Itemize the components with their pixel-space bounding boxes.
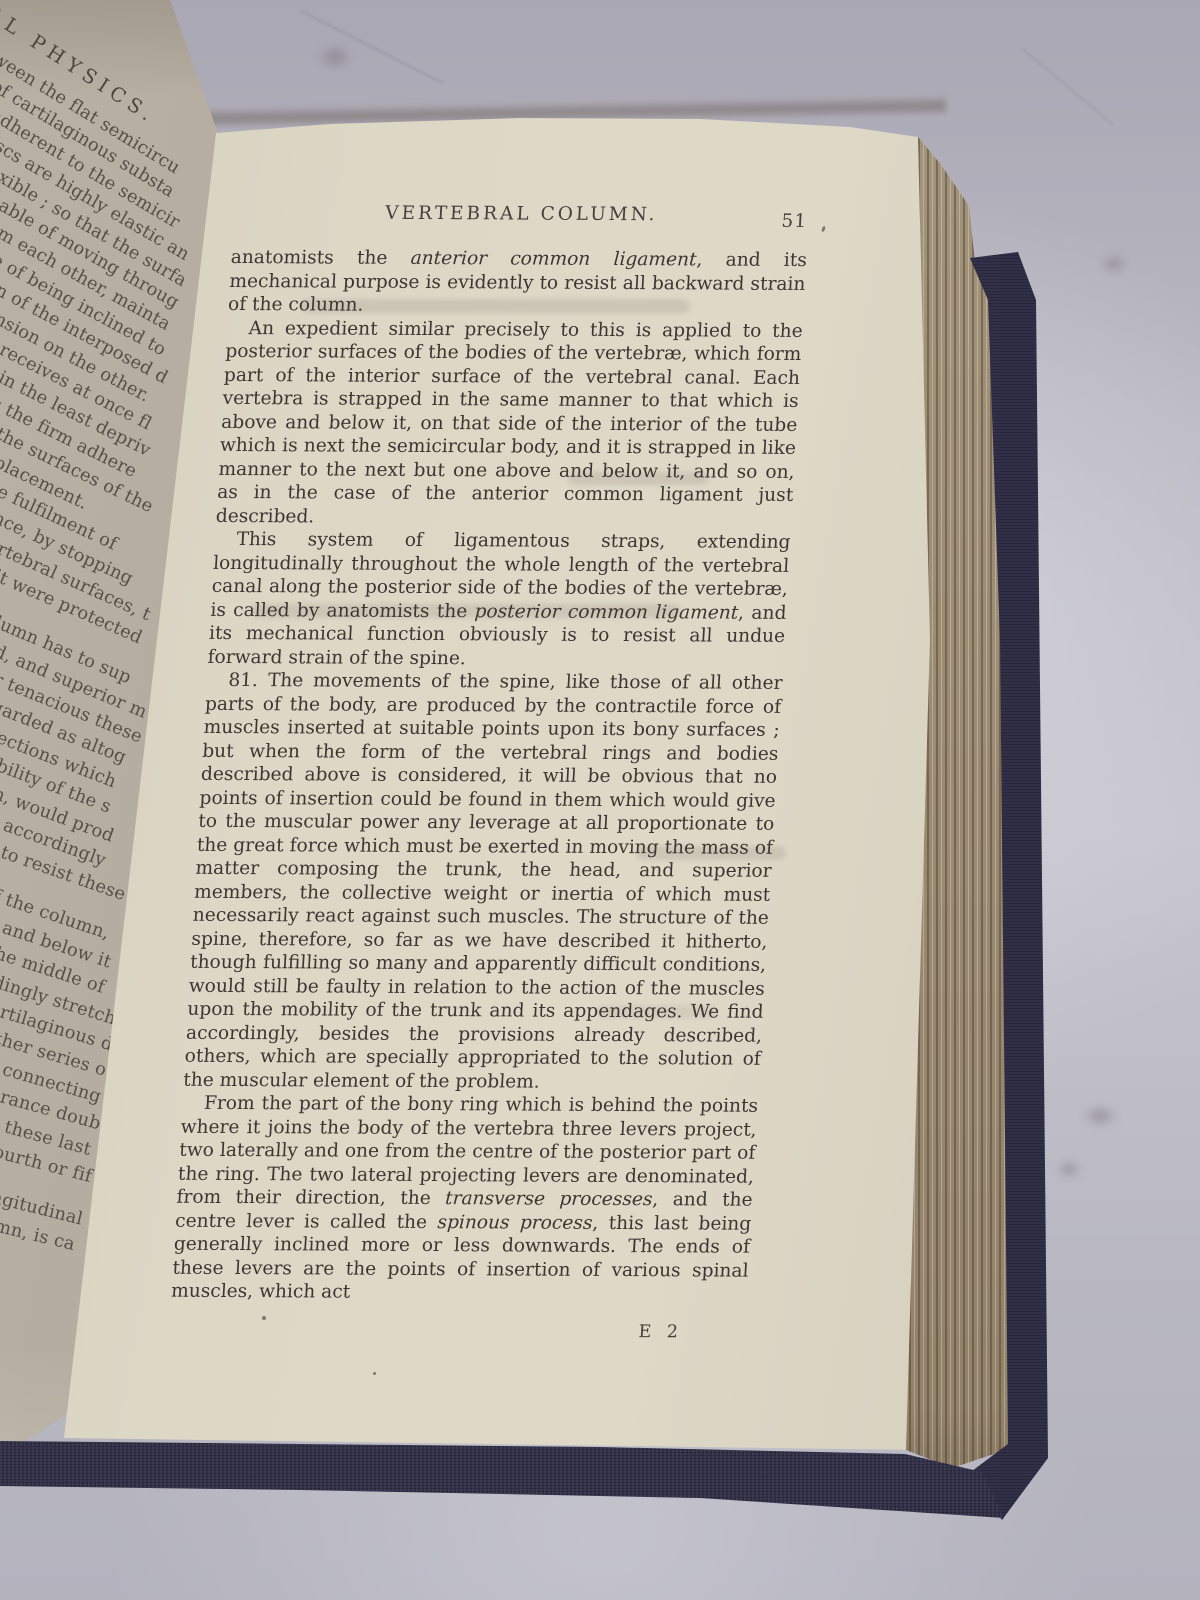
page-header-row: VERTEBRAL COLUMN. 51: [232, 202, 810, 235]
italic-phrase: spinous process: [437, 1212, 593, 1234]
text-segment: anatomists the: [230, 247, 411, 269]
text-segment: An expedient similar precisely to this i…: [215, 318, 803, 527]
ink-speck: [373, 1372, 376, 1375]
ink-speck: [262, 1316, 266, 1320]
paragraph: 81. The movements of the spine, like tho…: [183, 669, 783, 1095]
surface-smudge: [1056, 1160, 1082, 1178]
paragraph: anatomists the anterior common ligament,…: [227, 246, 807, 319]
italic-phrase: anterior common ligament: [410, 248, 697, 270]
italic-phrase: posterior common ligament: [474, 601, 739, 623]
ink-speck: [821, 226, 826, 233]
paragraph: This system of ligamentous straps, exten…: [207, 528, 791, 672]
text-segment: 81. The movements of the spine, like tho…: [183, 670, 783, 1092]
paragraph: From the part of the bony ring which is …: [171, 1092, 759, 1306]
surface-scratch: [1021, 48, 1114, 127]
signature-mark: E 2: [168, 1319, 745, 1342]
photo-of-open-book: AL PHYSICS. ween the flat semicircuof ca…: [0, 0, 1200, 1600]
italic-phrase: transverse processes: [445, 1188, 654, 1210]
surface-smudge: [1100, 254, 1128, 274]
surface-scratch: [300, 10, 443, 84]
body-text: anatomists the anterior common ligament,…: [171, 246, 808, 1306]
surface-smudge: [318, 44, 352, 70]
page-number: 51: [781, 211, 808, 232]
page-text-block: VERTEBRAL COLUMN. 51 anatomists the ante…: [168, 202, 810, 1342]
paragraph: An expedient similar precisely to this i…: [215, 316, 803, 530]
running-header: VERTEBRAL COLUMN.: [233, 202, 810, 226]
surface-smudge: [1082, 1104, 1118, 1128]
